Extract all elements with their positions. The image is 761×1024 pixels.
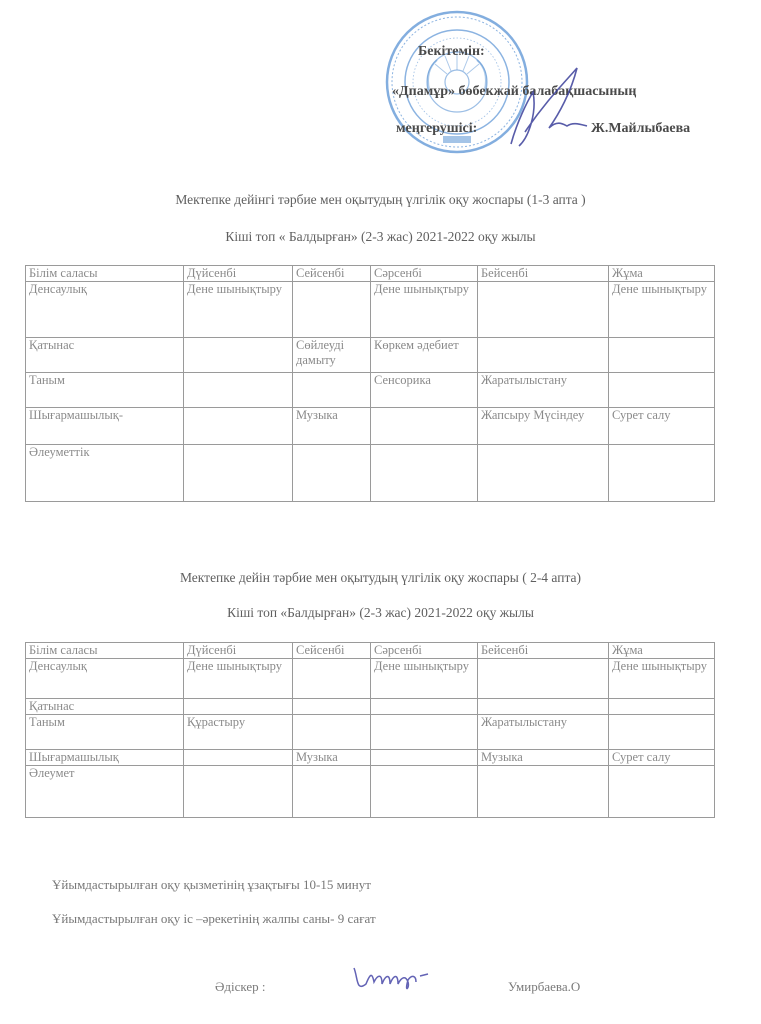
table-row: ТанымСенсорикаЖаратылыстану (26, 373, 715, 408)
table-row: Әлеуметтік (26, 445, 715, 502)
lesson-cell (609, 699, 715, 715)
column-header: Бейсенбі (478, 643, 609, 659)
column-header: Білім саласы (26, 643, 184, 659)
lesson-cell: Дене шынықтыру (609, 659, 715, 699)
approval-director-name: Ж.Майлыбаева (591, 121, 690, 137)
table-header-row: Білім саласыДүйсенбіСейсенбіСәрсенбіБейс… (26, 643, 715, 659)
plan1-title: Мектепке дейінгі тәрбие мен оқытудың үлг… (0, 192, 761, 208)
lesson-cell: Музыка (293, 750, 371, 766)
approval-position-label: меңгерушісі: (396, 121, 477, 137)
lesson-cell (184, 766, 293, 818)
table-row: ҚатынасСөйлеуді дамытуКөркем әдебиет (26, 338, 715, 373)
lesson-cell (184, 750, 293, 766)
table-header-row: Білім саласыДүйсенбіСейсенбіСәрсенбіБейс… (26, 266, 715, 282)
lesson-cell: Жапсыру Мүсіндеу (478, 408, 609, 445)
plan1-table: Білім саласыДүйсенбіСейсенбіСәрсенбіБейс… (25, 265, 715, 502)
subject-area-cell: Таным (26, 715, 184, 750)
column-header: Сейсенбі (293, 643, 371, 659)
plan2-table: Білім саласыДүйсенбіСейсенбіСәрсенбіБейс… (25, 642, 715, 818)
lesson-cell: Жаратылыстану (478, 715, 609, 750)
lesson-cell: Музыка (478, 750, 609, 766)
lesson-cell (293, 282, 371, 338)
lesson-cell: Дене шынықтыру (609, 282, 715, 338)
lesson-cell: Көркем әдебиет (371, 338, 478, 373)
subject-area-cell: Таным (26, 373, 184, 408)
lesson-cell (293, 715, 371, 750)
methodist-label: Әдіскер : (215, 979, 266, 995)
lesson-cell (609, 715, 715, 750)
lesson-cell (478, 445, 609, 502)
subject-area-cell: Денсаулық (26, 659, 184, 699)
subject-area-cell: Қатынас (26, 338, 184, 373)
plan2-subtitle: Кіші топ «Балдырған» (2-3 жас) 2021-2022… (0, 605, 761, 621)
lesson-cell (478, 659, 609, 699)
lesson-cell (478, 699, 609, 715)
column-header: Жұма (609, 266, 715, 282)
lesson-cell (478, 338, 609, 373)
lesson-cell (478, 766, 609, 818)
table-row: ТанымҚұрастыруЖаратылыстану (26, 715, 715, 750)
column-header: Бейсенбі (478, 266, 609, 282)
table-row: Қатынас (26, 699, 715, 715)
table-row: ШығармашылықМузыкаМузыкаСурет салу (26, 750, 715, 766)
lesson-cell: Дене шынықтыру (371, 282, 478, 338)
lesson-cell (293, 659, 371, 699)
lesson-cell (371, 699, 478, 715)
lesson-cell: Сурет салу (609, 408, 715, 445)
lesson-cell (293, 699, 371, 715)
column-header: Дүйсенбі (184, 643, 293, 659)
lesson-cell: Құрастыру (184, 715, 293, 750)
table-row: Шығармашылық-МузыкаЖапсыру МүсіндеуСурет… (26, 408, 715, 445)
lesson-cell (184, 338, 293, 373)
table-row: Әлеумет (26, 766, 715, 818)
lesson-cell (184, 373, 293, 408)
lesson-cell (371, 715, 478, 750)
lesson-cell (371, 445, 478, 502)
lesson-cell (609, 338, 715, 373)
lesson-cell (184, 408, 293, 445)
lesson-cell (609, 373, 715, 408)
column-header: Сейсенбі (293, 266, 371, 282)
table-row: ДенсаулықДене шынықтыруДене шынықтыруДен… (26, 282, 715, 338)
lesson-cell: Сөйлеуді дамыту (293, 338, 371, 373)
lesson-cell (293, 373, 371, 408)
lesson-cell (478, 282, 609, 338)
director-signature-icon (505, 62, 595, 152)
column-header: Сәрсенбі (371, 643, 478, 659)
plan2-title: Мектепке дейін тәрбие мен оқытудың үлгіл… (0, 570, 761, 586)
lesson-cell: Сурет салу (609, 750, 715, 766)
subject-area-cell: Шығармашылық- (26, 408, 184, 445)
column-header: Дүйсенбі (184, 266, 293, 282)
lesson-cell (371, 408, 478, 445)
subject-area-cell: Әлеуметтік (26, 445, 184, 502)
lesson-cell: Жаратылыстану (478, 373, 609, 408)
column-header: Білім саласы (26, 266, 184, 282)
lesson-cell (293, 445, 371, 502)
lesson-cell: Музыка (293, 408, 371, 445)
table-row: ДенсаулықДене шынықтыруДене шынықтыруДен… (26, 659, 715, 699)
plan1-subtitle: Кіші топ « Балдырған» (2-3 жас) 2021-202… (0, 229, 761, 245)
lesson-duration-note: Ұйымдастырылған оқу қызметінің ұзақтығы … (52, 877, 371, 893)
lesson-cell: Сенсорика (371, 373, 478, 408)
lesson-cell (371, 750, 478, 766)
lesson-cell: Дене шынықтыру (184, 659, 293, 699)
approval-heading: Бекітемін: (418, 44, 485, 60)
methodist-signature-icon (350, 962, 435, 1000)
lesson-cell: Дене шынықтыру (184, 282, 293, 338)
subject-area-cell: Шығармашылық (26, 750, 184, 766)
lesson-cell (184, 445, 293, 502)
column-header: Жұма (609, 643, 715, 659)
lesson-cell (371, 766, 478, 818)
total-hours-note: Ұйымдастырылған оқу іс –әрекетінің жалпы… (52, 911, 376, 927)
lesson-cell: Дене шынықтыру (371, 659, 478, 699)
methodist-name: Умирбаева.О (508, 979, 580, 995)
column-header: Сәрсенбі (371, 266, 478, 282)
lesson-cell (609, 445, 715, 502)
subject-area-cell: Қатынас (26, 699, 184, 715)
lesson-cell (293, 766, 371, 818)
lesson-cell (184, 699, 293, 715)
subject-area-cell: Әлеумет (26, 766, 184, 818)
subject-area-cell: Денсаулық (26, 282, 184, 338)
lesson-cell (609, 766, 715, 818)
